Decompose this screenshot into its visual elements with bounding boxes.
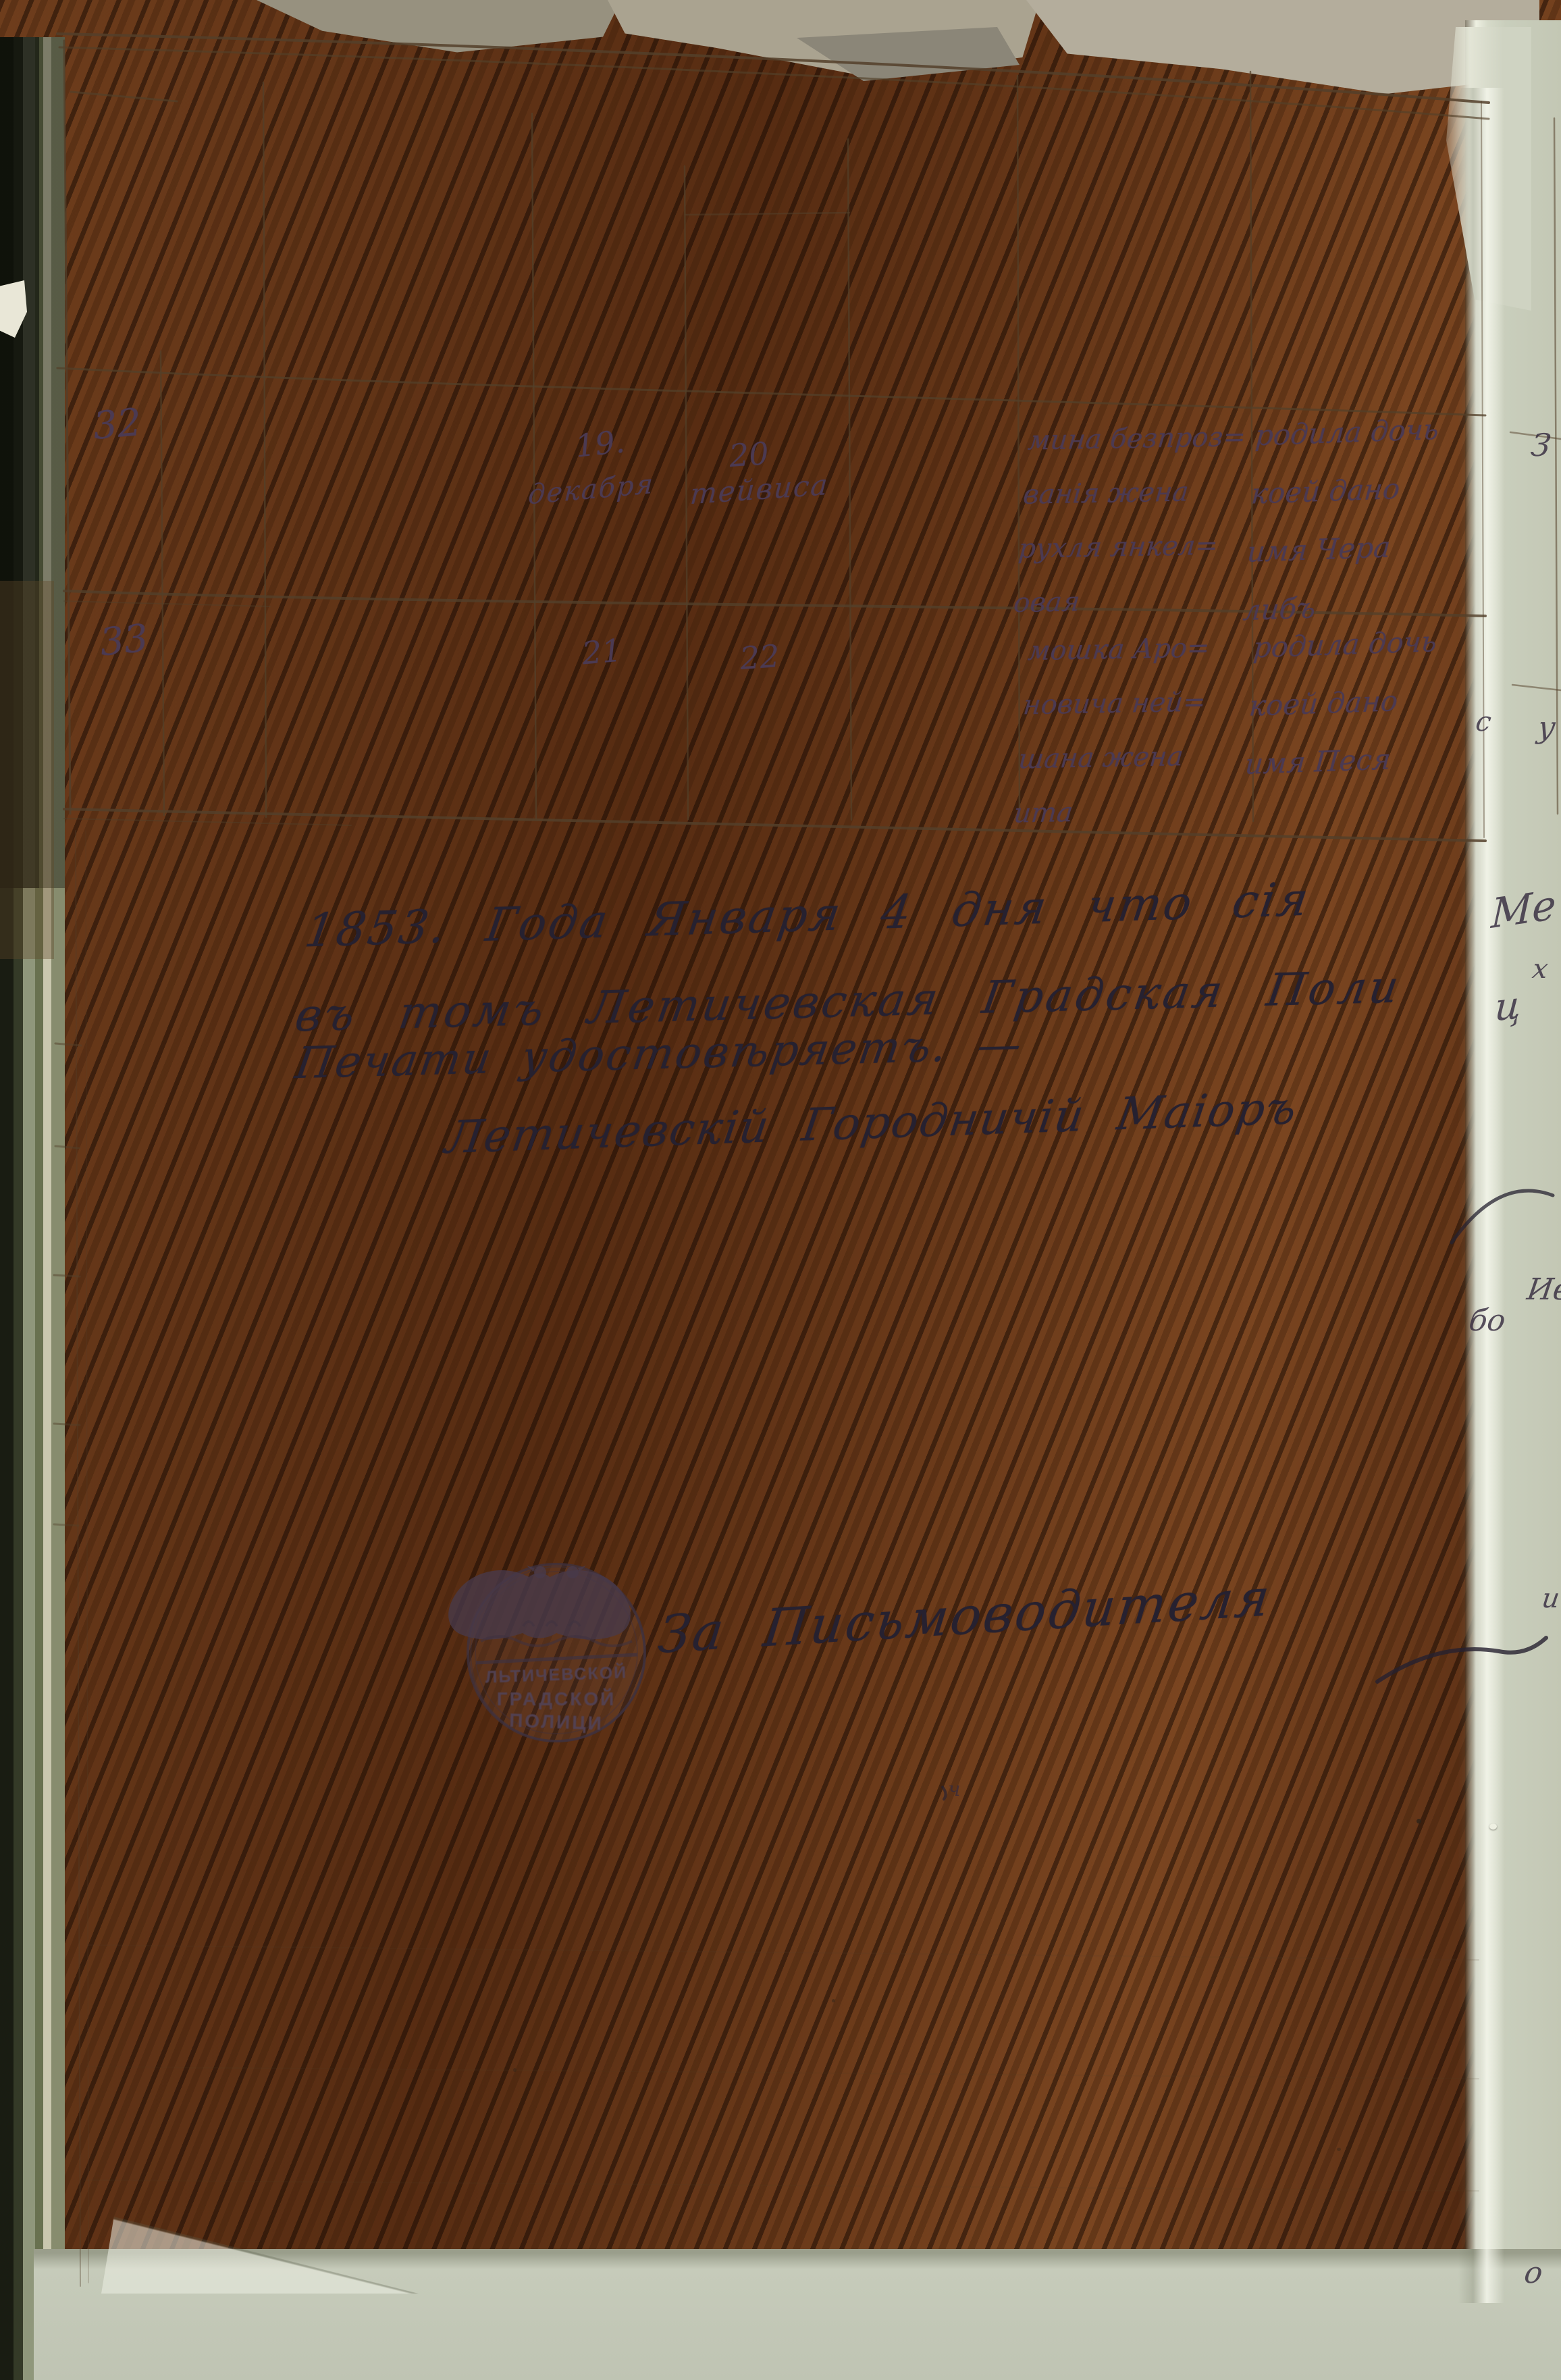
parents-line: ванія жена — [1021, 464, 1243, 522]
row-number: 32 — [91, 400, 143, 448]
police-seal-text: ЛЬТИЧЕВСКОЙ ГРАДСКОЙ ПОЛИЦИ — [468, 1564, 645, 1741]
civil-date-day: 19. — [573, 423, 626, 464]
edge-fragment: бо — [1466, 1303, 1508, 1338]
parents-line: мошка Аро= — [1026, 621, 1213, 678]
parents-line: рухля янкел= — [1016, 518, 1238, 576]
edge-fragment: ц — [1493, 983, 1523, 1031]
birth-record-line: родила дочь — [1251, 613, 1439, 677]
row-number: 33 — [98, 616, 151, 665]
seal-line-2: ГРАДСКОЙ — [468, 1688, 645, 1710]
birth-record-line: коей дано — [1249, 459, 1437, 523]
parents-line: мина безпроз= — [1026, 410, 1248, 468]
birth-record-line: имя Чера — [1245, 517, 1433, 581]
edge-fragment: Ме — [1490, 881, 1556, 939]
civil-date-day: 21 — [581, 632, 623, 672]
parents-line: новича ней= — [1021, 675, 1208, 733]
birth-record-line: коей дано — [1247, 671, 1435, 735]
edge-fragment: Ив — [1525, 1272, 1561, 1307]
parents-line: ита — [1011, 783, 1198, 841]
photographed-register-page: 32 19. декабря 20 тейвиса мина безпроз= … — [0, 0, 1561, 2380]
parents-cell: мина безпроз= ванія жена рухля янкел= ов… — [1011, 410, 1248, 630]
edge-fragment: и — [1540, 1583, 1561, 1614]
birth-record-line: имя Песя — [1243, 729, 1431, 794]
registry-table-rules — [0, 0, 1561, 2380]
birth-record-cell: родила дочь коей дано имя Чера либъ — [1241, 400, 1441, 640]
hebrew-date-day: 22 — [739, 638, 780, 677]
seal-line-3: ПОЛИЦИ — [468, 1708, 645, 1736]
parents-line: шана жена — [1016, 729, 1203, 787]
paper-flaw — [1489, 1823, 1497, 1830]
parents-cell: мошка Аро= новича ней= шана жена ита — [1011, 621, 1213, 840]
ink-speck — [513, 2068, 517, 2072]
signature-flourishes — [943, 1191, 1553, 1799]
birth-record-cell: родила дочь коей дано имя Песя — [1243, 613, 1439, 794]
ink-speck — [1417, 1819, 1421, 1823]
birth-record-line: родила дочь — [1253, 400, 1441, 465]
ink-speck — [832, 1999, 835, 2002]
hebrew-date-day: 20 — [728, 435, 770, 474]
ink-speck — [1337, 2148, 1341, 2151]
adjacent-page-rules — [1510, 118, 1561, 814]
seal-line-1: ЛЬТИЧЕВСКОЙ — [468, 1662, 645, 1688]
stray-ink-mark: ч — [948, 1778, 961, 1801]
